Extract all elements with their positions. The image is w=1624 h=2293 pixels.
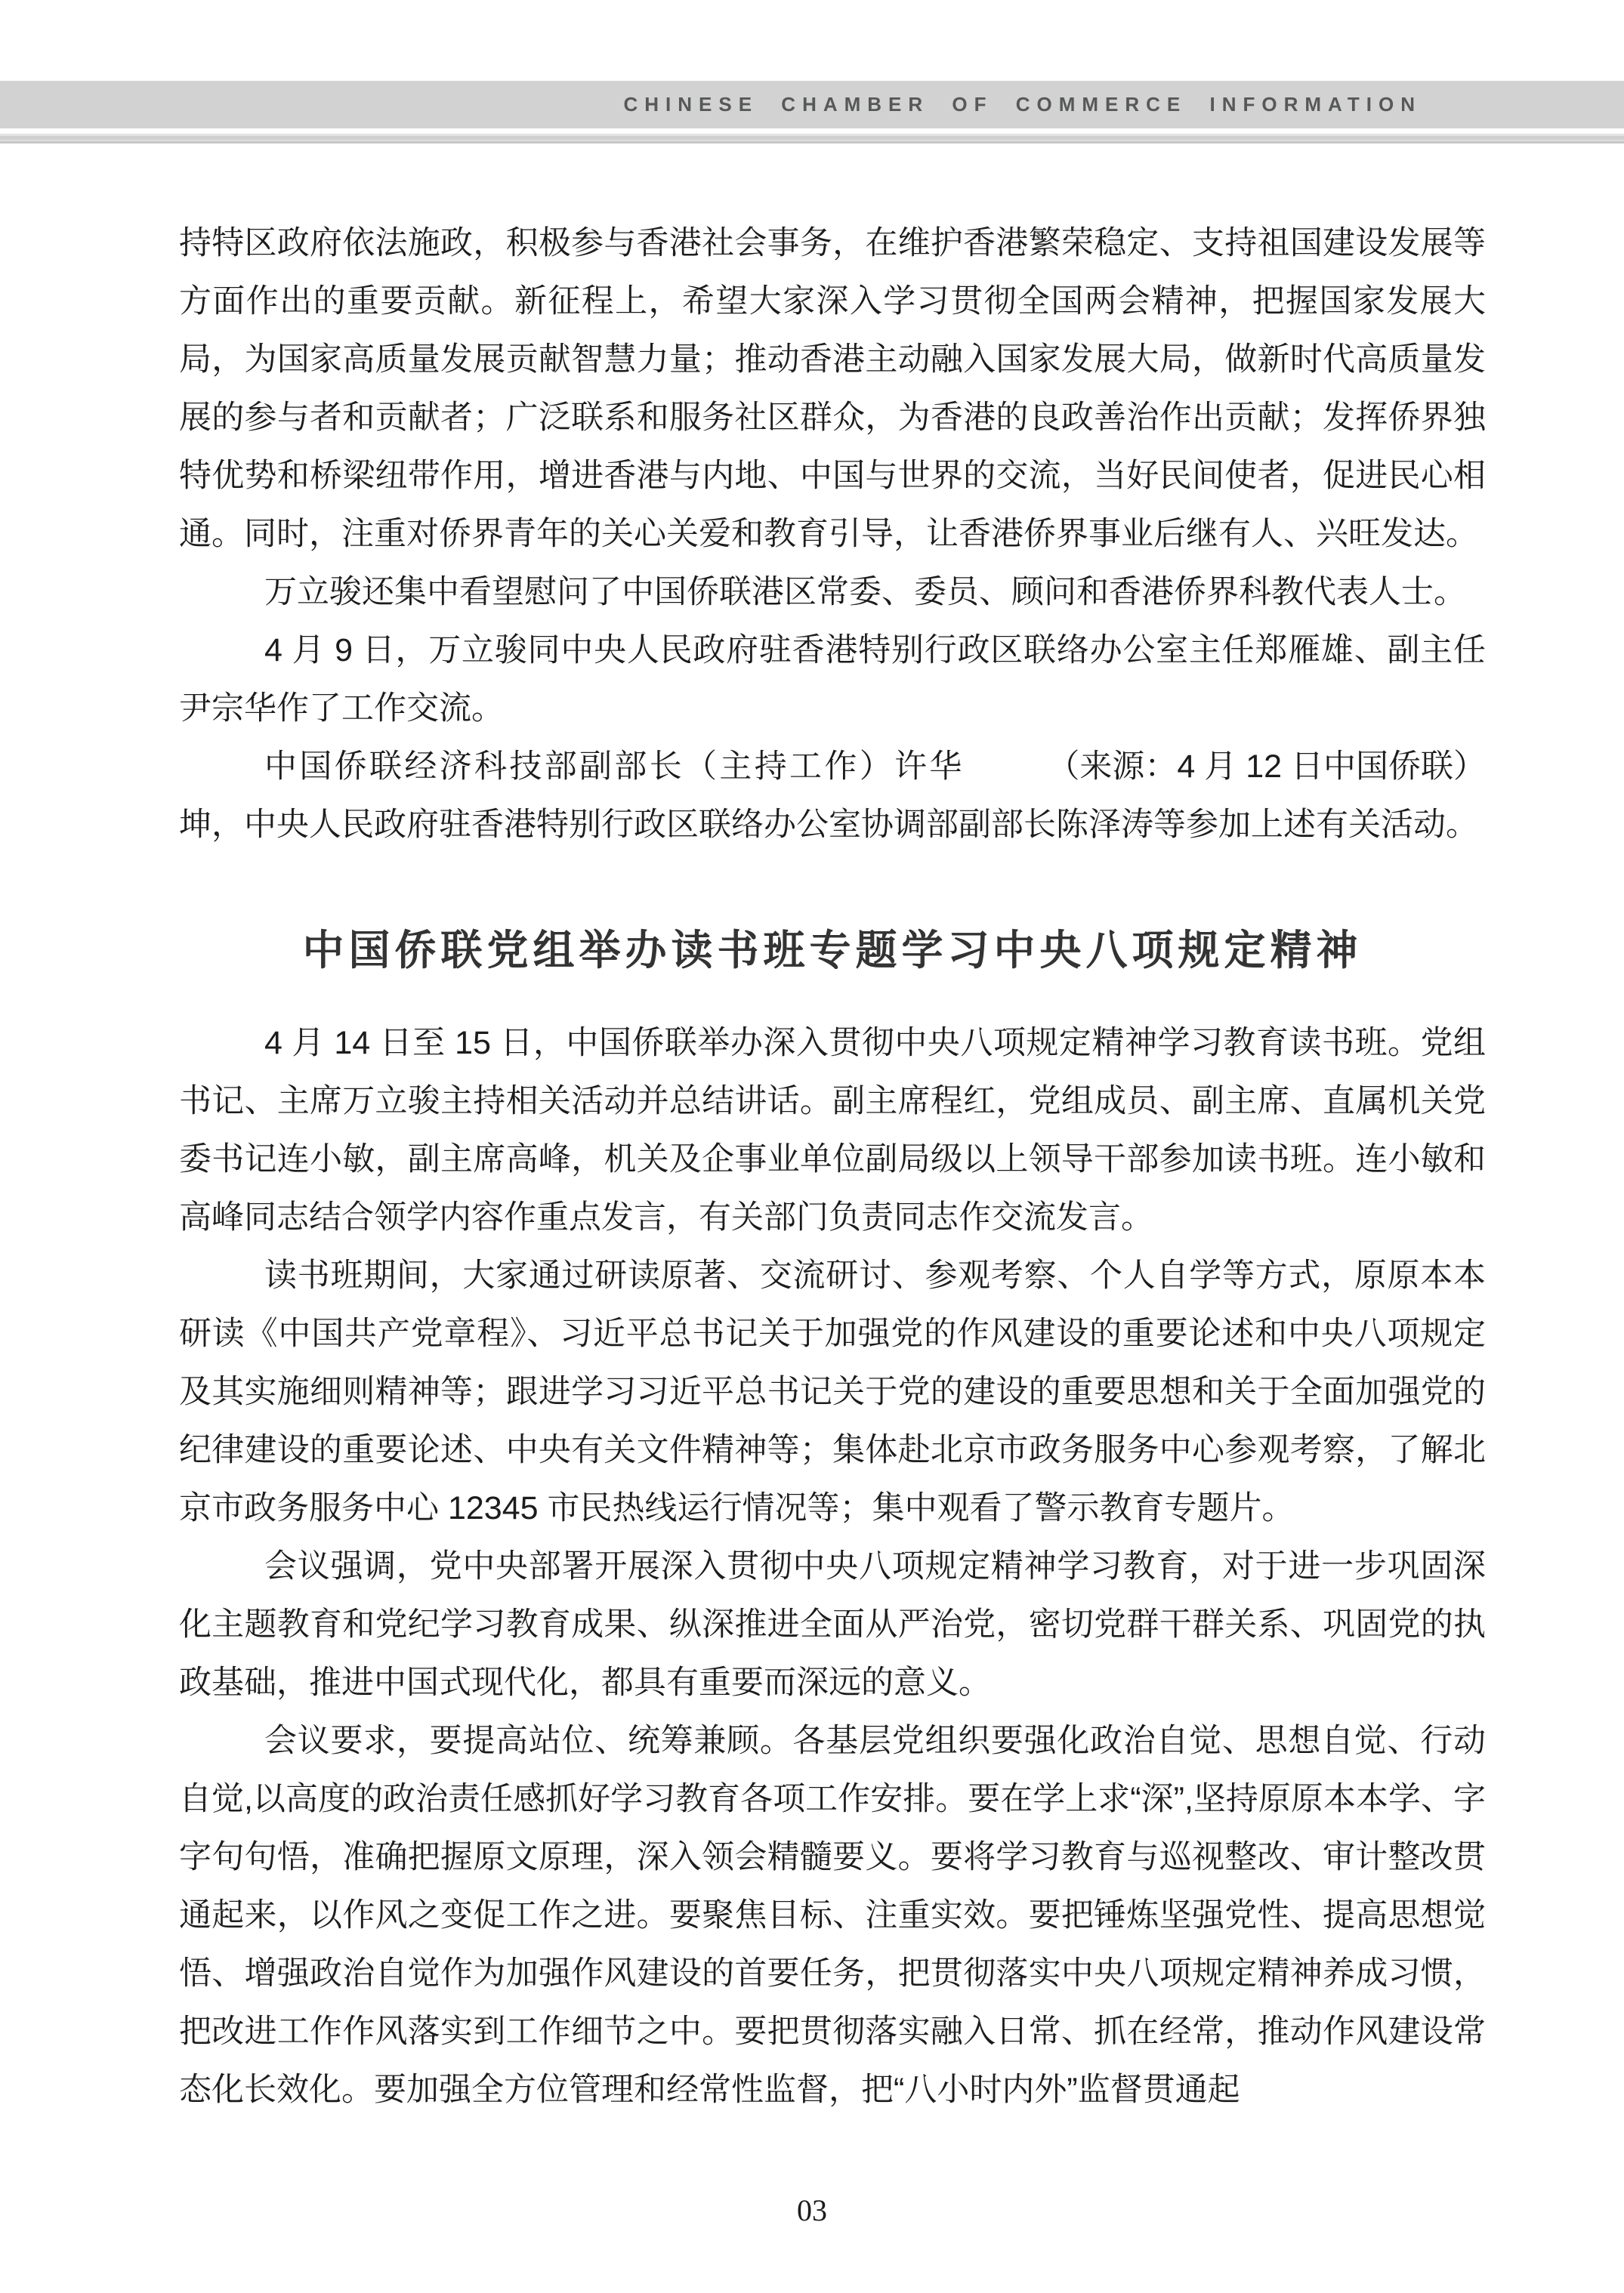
body-paragraph: 会议要求，要提高站位、统筹兼顾。各基层党组织要强化政治自觉、思想自觉、行动自觉,…	[179, 1712, 1486, 2119]
article-1: 持特区政府依法施政，积极参与香港社会事务，在维护香港繁荣稳定、支持祖国建设发展等…	[179, 214, 1486, 854]
article-2-title: 中国侨联党组举办读书班专题学习中央八项规定精神	[179, 921, 1486, 980]
body-paragraph: 会议强调，党中央部署开展深入贯彻中央八项规定精神学习教育，对于进一步巩固深化主题…	[179, 1538, 1486, 1712]
body-paragraph: 4 月 14 日至 15 日，中国侨联举办深入贯彻中央八项规定精神学习教育读书班…	[179, 1014, 1486, 1247]
page-content: 持特区政府依法施政，积极参与香港社会事务，在维护香港繁荣稳定、支持祖国建设发展等…	[179, 214, 1486, 2119]
body-paragraph: 持特区政府依法施政，积极参与香港社会事务，在维护香港繁荣稳定、支持祖国建设发展等…	[179, 214, 1486, 563]
source-attribution: （来源：4 月 12 日中国侨联）	[962, 738, 1486, 796]
body-paragraph: （来源：4 月 12 日中国侨联）中国侨联经济科技部副部长（主持工作）许华坤，中…	[179, 738, 1486, 854]
body-paragraph: 读书班期间，大家通过研读原著、交流研讨、参观考察、个人自学等方式，原原本本研读《…	[179, 1247, 1486, 1538]
header-banner: CHINESE CHAMBER OF COMMERCE INFORMATION	[0, 81, 1624, 128]
header-banner-text: CHINESE CHAMBER OF COMMERCE INFORMATION	[623, 93, 1422, 116]
article-2: 4 月 14 日至 15 日，中国侨联举办深入贯彻中央八项规定精神学习教育读书班…	[179, 1014, 1486, 2119]
body-paragraph: 4 月 9 日，万立骏同中央人民政府驻香港特别行政区联络办公室主任郑雁雄、副主任…	[179, 622, 1486, 738]
document-page: CHINESE CHAMBER OF COMMERCE INFORMATION …	[0, 0, 1624, 2293]
page-number: 03	[0, 2193, 1624, 2228]
body-paragraph: 万立骏还集中看望慰问了中国侨联港区常委、委员、顾问和香港侨界科教代表人士。	[179, 563, 1486, 622]
header-decorative-strip	[0, 134, 1624, 144]
